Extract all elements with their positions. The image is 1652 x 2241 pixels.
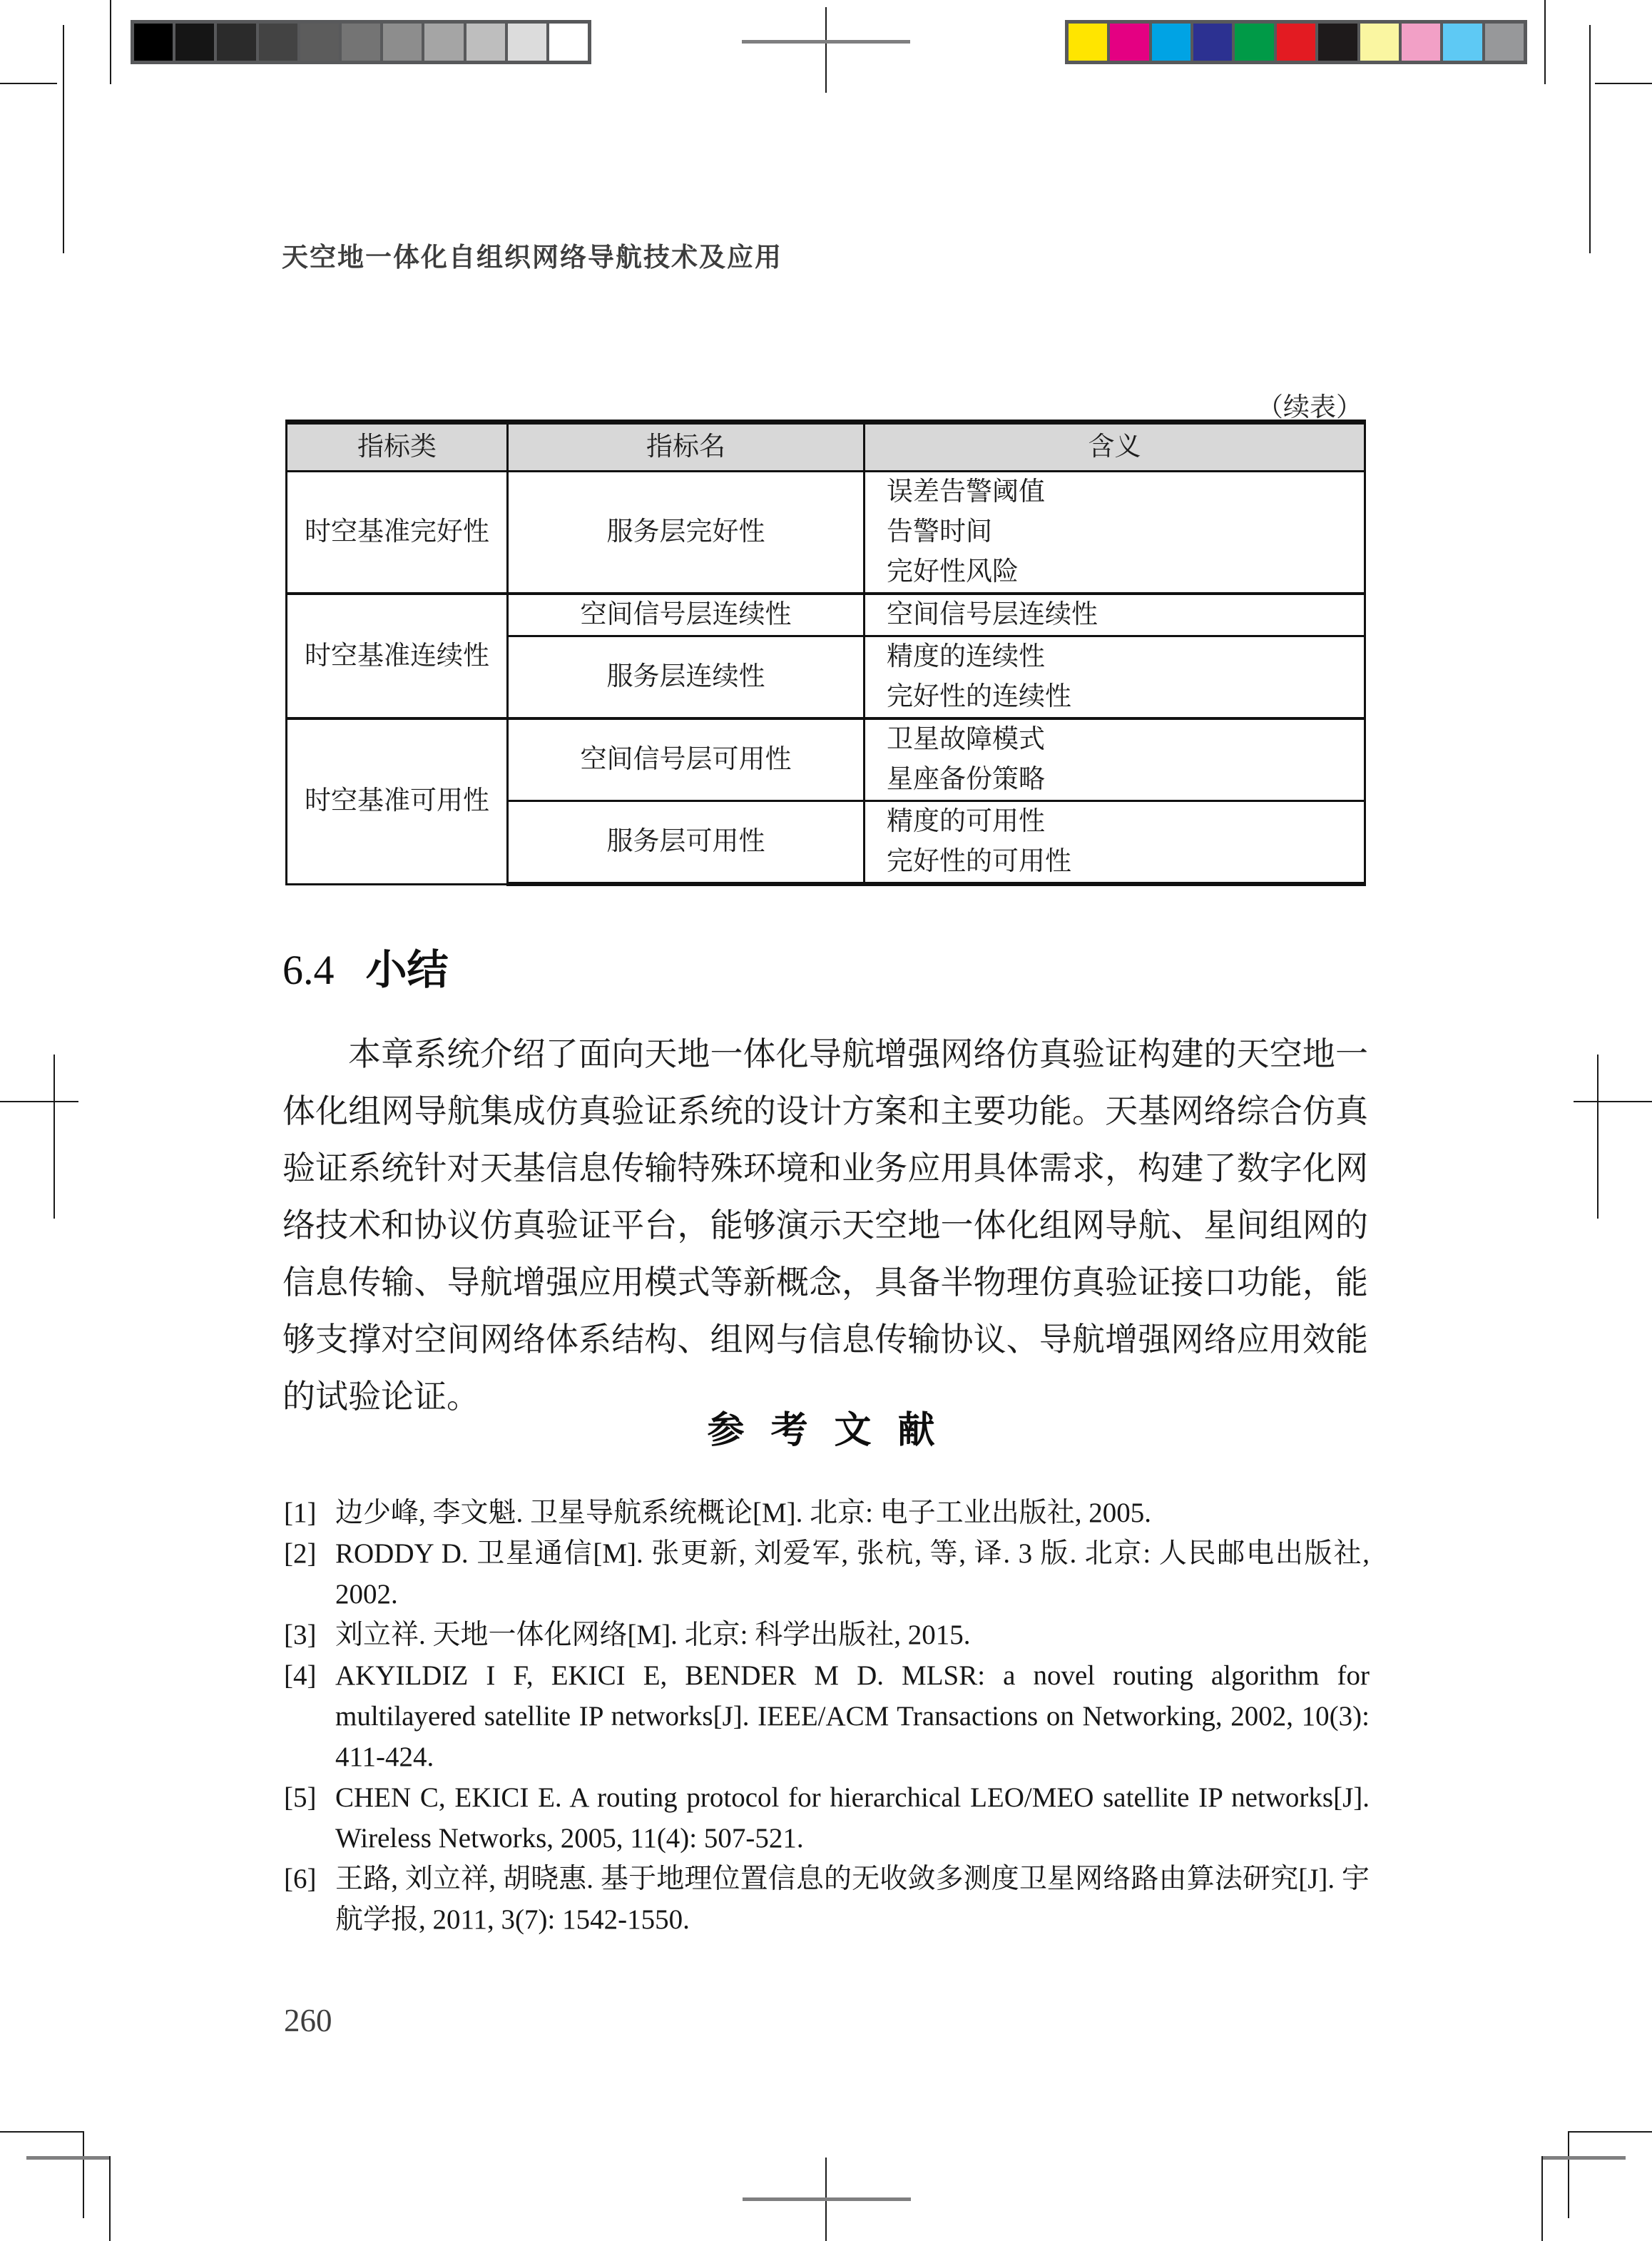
- crop-mark: [742, 40, 910, 44]
- table-cell-category: 时空基准完好性: [287, 472, 508, 594]
- color-swatch: [1235, 24, 1273, 61]
- gray-swatch: [217, 24, 255, 61]
- reference-text: RODDY D. 卫星通信[M]. 张更新, 刘爱军, 张杭, 等, 译. 3 …: [335, 1533, 1370, 1615]
- color-swatch: [1193, 24, 1232, 61]
- metrics-table: 指标类 指标名 含义 时空基准完好性 服务层完好性 误差告警阈值 告警时间 完好…: [285, 420, 1366, 886]
- gray-swatch: [549, 24, 588, 61]
- table-header-category: 指标类: [287, 422, 508, 472]
- reference-text: 王路, 刘立祥, 胡晓惠. 基于地理位置信息的无收敛多测度卫星网络路由算法研究[…: [335, 1859, 1370, 1940]
- crop-mark: [1595, 83, 1652, 84]
- meaning-line: 完好性的连续性: [887, 677, 1364, 717]
- table-cell-category: 时空基准可用性: [287, 718, 508, 884]
- crop-mark: [1541, 2156, 1543, 2241]
- reference-item: [6] 王路, 刘立祥, 胡晓惠. 基于地理位置信息的无收敛多测度卫星网络路由算…: [284, 1859, 1370, 1940]
- color-swatch: [1360, 24, 1399, 61]
- reference-item: [4] AKYILDIZ I F, EKICI E, BENDER M D. M…: [284, 1655, 1370, 1777]
- color-swatch: [1152, 24, 1190, 61]
- table-cell-meaning: 空间信号层连续性: [865, 594, 1365, 636]
- gray-swatch: [383, 24, 422, 61]
- reference-number: [5]: [284, 1777, 335, 1859]
- reference-item: [1] 边少峰, 李文魁. 卫星导航系统概论[M]. 北京: 电子工业出版社, …: [284, 1493, 1370, 1533]
- color-swatch: [1277, 24, 1315, 61]
- gray-swatch: [342, 24, 380, 61]
- crop-mark: [743, 2197, 911, 2201]
- gray-swatch: [259, 24, 297, 61]
- reference-text: 边少峰, 李文魁. 卫星导航系统概论[M]. 北京: 电子工业出版社, 2005…: [335, 1493, 1370, 1533]
- table-cell-name: 服务层完好性: [508, 472, 865, 594]
- crop-mark: [83, 2131, 84, 2218]
- crop-mark: [0, 83, 57, 84]
- gray-swatch: [134, 24, 173, 61]
- table-header-name: 指标名: [508, 422, 865, 472]
- color-swatch: [1402, 24, 1440, 61]
- crop-mark: [1544, 0, 1546, 84]
- crop-mark: [825, 7, 827, 93]
- color-swatch: [1318, 24, 1357, 61]
- meaning-line: 告警时间: [887, 512, 1364, 552]
- section-title: 小结: [366, 947, 449, 993]
- section-heading: 6.4小结: [282, 936, 449, 996]
- meaning-line: 精度的可用性: [887, 802, 1364, 842]
- references-heading: 参 考 文 献: [282, 1400, 1368, 1453]
- table-continued-note: （续表）: [285, 385, 1362, 424]
- crop-mark: [1568, 2131, 1652, 2133]
- table-row: 时空基准连续性 空间信号层连续性 空间信号层连续性: [287, 594, 1365, 636]
- page-number: 260: [284, 2002, 332, 2039]
- meaning-line: 空间信号层连续性: [887, 595, 1364, 635]
- table-row: 时空基准完好性 服务层完好性 误差告警阈值 告警时间 完好性风险: [287, 472, 1365, 594]
- summary-paragraph: 本章系统介绍了面向天地一体化导航增强网络仿真验证构建的天空地一体化组网导航集成仿…: [282, 1026, 1368, 1426]
- table-row: 时空基准可用性 空间信号层可用性 卫星故障模式 星座备份策略: [287, 718, 1365, 801]
- reference-item: [2] RODDY D. 卫星通信[M]. 张更新, 刘爱军, 张杭, 等, 译…: [284, 1533, 1370, 1615]
- color-swatch: [1069, 24, 1107, 61]
- gray-swatch: [424, 24, 463, 61]
- table-cell-meaning: 卫星故障模式 星座备份策略: [865, 718, 1365, 801]
- crop-mark: [110, 0, 111, 84]
- gray-swatch: [466, 24, 505, 61]
- table-cell-category: 时空基准连续性: [287, 594, 508, 718]
- reference-number: [2]: [284, 1533, 335, 1615]
- reference-item: [3] 刘立祥. 天地一体化网络[M]. 北京: 科学出版社, 2015.: [284, 1615, 1370, 1655]
- gray-swatch: [300, 24, 339, 61]
- meaning-line: 误差告警阈值: [887, 472, 1364, 512]
- color-swatch: [1485, 24, 1524, 61]
- color-calibration-bar: [1065, 20, 1527, 64]
- table-cell-meaning: 精度的可用性 完好性的可用性: [865, 801, 1365, 885]
- meaning-line: 卫星故障模式: [887, 720, 1364, 760]
- crop-mark: [1541, 2156, 1626, 2160]
- crop-mark: [0, 2131, 84, 2133]
- meaning-line: 完好性的可用性: [887, 842, 1364, 882]
- table-header-meaning: 含义: [865, 422, 1365, 472]
- table-header-row: 指标类 指标名 含义: [287, 422, 1365, 472]
- section-number: 6.4: [282, 947, 335, 993]
- references-list: [1] 边少峰, 李文魁. 卫星导航系统概论[M]. 北京: 电子工业出版社, …: [284, 1493, 1370, 1940]
- crop-mark: [1568, 2131, 1569, 2218]
- table-cell-name: 服务层连续性: [508, 636, 865, 719]
- meaning-line: 精度的连续性: [887, 637, 1364, 677]
- table-cell-name: 服务层可用性: [508, 801, 865, 885]
- reference-number: [6]: [284, 1859, 335, 1940]
- reference-number: [3]: [284, 1615, 335, 1655]
- table-cell-meaning: 误差告警阈值 告警时间 完好性风险: [865, 472, 1365, 594]
- table-cell-name: 空间信号层连续性: [508, 594, 865, 636]
- crop-mark: [1574, 1101, 1652, 1102]
- color-swatch: [1110, 24, 1148, 61]
- crop-mark: [63, 25, 64, 253]
- grayscale-calibration-bar: [131, 20, 591, 64]
- meaning-line: 星座备份策略: [887, 760, 1364, 800]
- reference-number: [1]: [284, 1493, 335, 1533]
- crop-mark: [1597, 1055, 1599, 1219]
- gray-swatch: [175, 24, 214, 61]
- reference-text: AKYILDIZ I F, EKICI E, BENDER M D. MLSR:…: [335, 1655, 1370, 1777]
- reference-item: [5] CHEN C, EKICI E. A routing protocol …: [284, 1777, 1370, 1859]
- color-swatch: [1443, 24, 1482, 61]
- crop-mark: [53, 1055, 55, 1219]
- crop-mark: [109, 2156, 111, 2241]
- crop-mark: [1589, 25, 1591, 253]
- meaning-line: 完好性风险: [887, 552, 1364, 592]
- gray-swatch: [508, 24, 546, 61]
- reference-text: CHEN C, EKICI E. A routing protocol for …: [335, 1777, 1370, 1859]
- table-cell-name: 空间信号层可用性: [508, 718, 865, 801]
- table-cell-meaning: 精度的连续性 完好性的连续性: [865, 636, 1365, 719]
- reference-text: 刘立祥. 天地一体化网络[M]. 北京: 科学出版社, 2015.: [335, 1615, 1370, 1655]
- crop-mark: [26, 2156, 111, 2160]
- crop-mark: [0, 1101, 78, 1102]
- book-title-running-head: 天空地一体化自组织网络导航技术及应用: [282, 235, 782, 274]
- reference-number: [4]: [284, 1655, 335, 1777]
